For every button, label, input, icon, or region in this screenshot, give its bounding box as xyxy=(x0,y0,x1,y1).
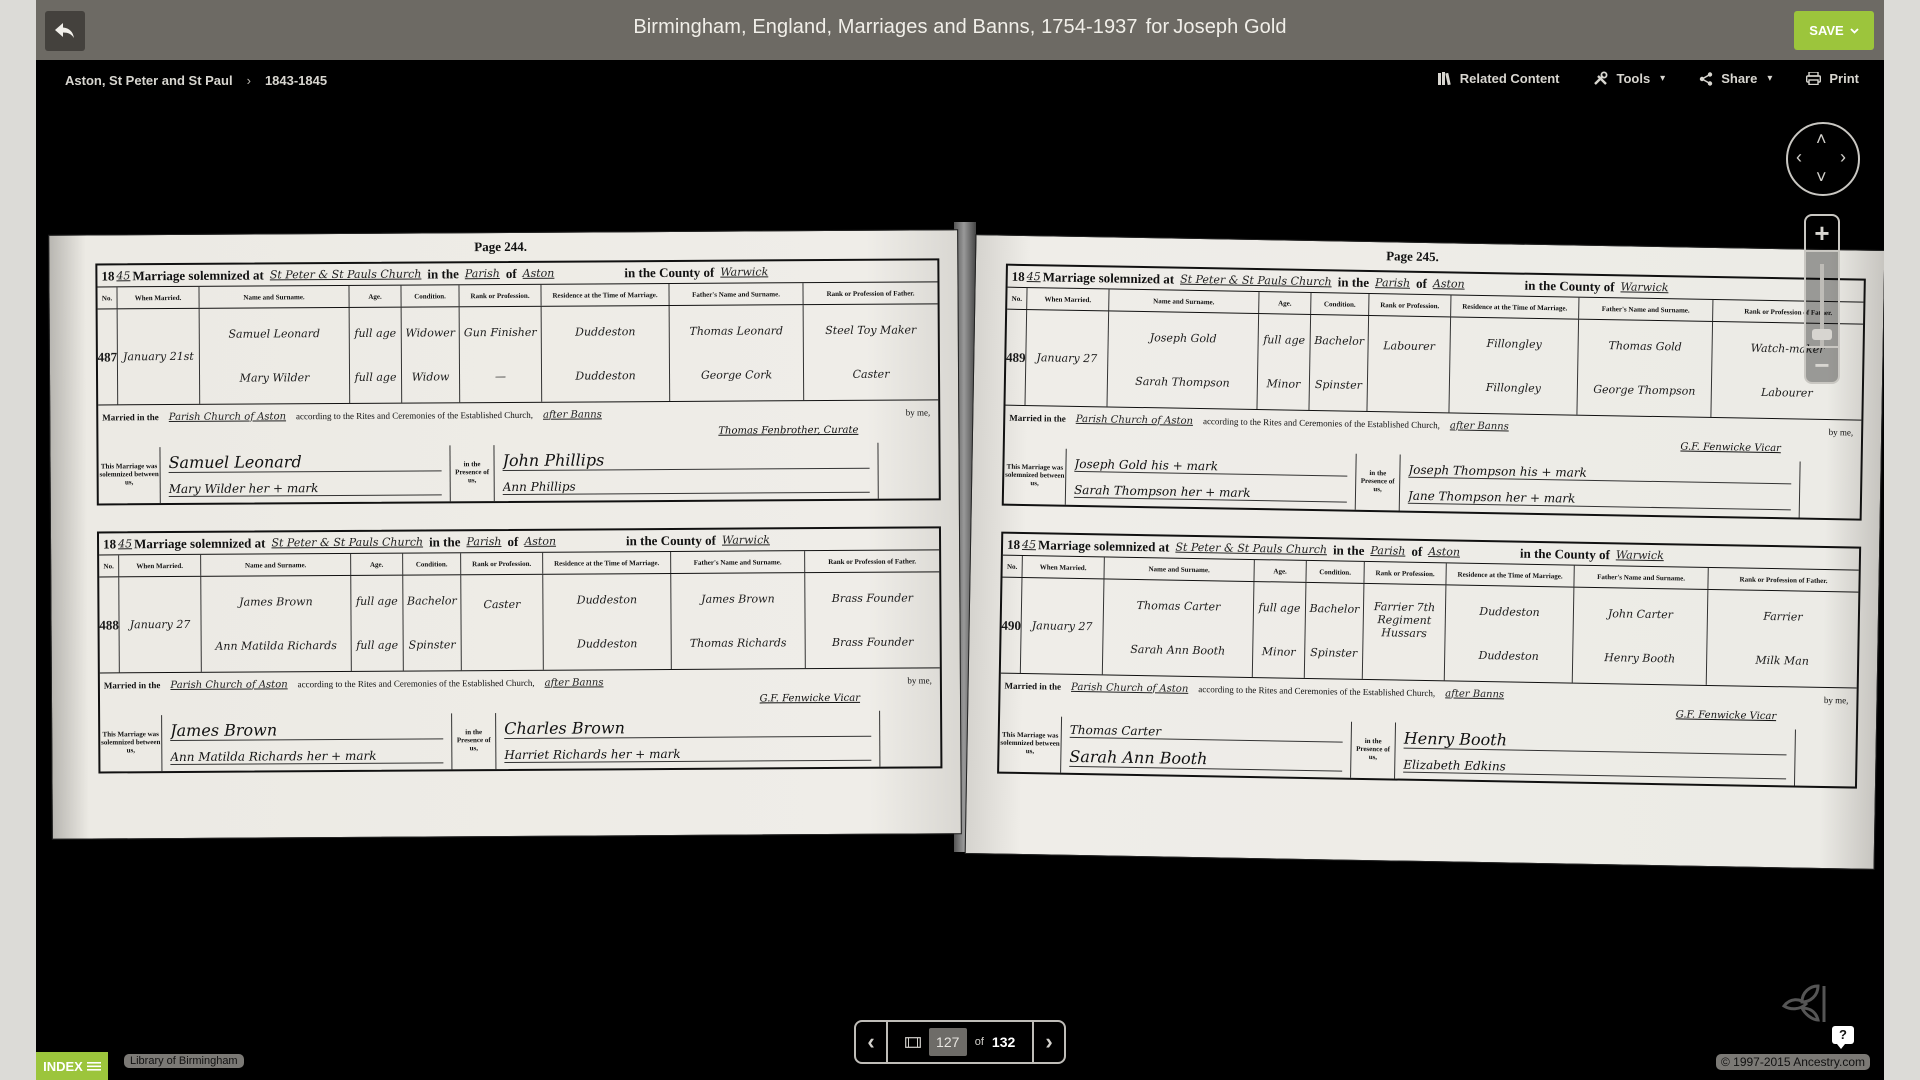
names: Samuel LeonardMary Wilder xyxy=(200,308,351,404)
year-prefix: 18 xyxy=(103,536,116,552)
margin-note xyxy=(880,710,940,766)
col-father-rank: Rank or Profession of Father. xyxy=(805,550,939,572)
party-signatures: Joseph Gold his + markSarah Thompson her… xyxy=(1066,449,1357,510)
solemnized-between-label: This Marriage was solemnized between us, xyxy=(100,715,162,771)
groom-rank: Farrier 7th Regiment Hussars xyxy=(1365,600,1443,640)
print-button[interactable]: Print xyxy=(1806,71,1859,86)
bride-father: George Cork xyxy=(701,368,772,381)
solemnized-label: Marriage solemnized at xyxy=(1043,269,1175,287)
ranks: Gun Finisher— xyxy=(460,307,543,402)
in-the-label: in the xyxy=(429,534,461,550)
according-text: according to the Rites and Ceremonies of… xyxy=(1198,684,1435,698)
groom-father-rank: Brass Founder xyxy=(832,592,913,605)
bride-father-rank: Brass Founder xyxy=(832,635,913,648)
county-label: in the County of xyxy=(1525,277,1615,295)
pan-left-icon[interactable]: ‹ xyxy=(1796,148,1802,166)
groom-residence: Duddeston xyxy=(575,325,635,338)
groom-condition: Bachelor xyxy=(407,595,457,608)
marriage-entry-490: 1845 Marriage solemnized at St Peter & S… xyxy=(997,532,1861,789)
breadcrumb-item-years[interactable]: 1843-1845 xyxy=(265,73,327,88)
married-in: Parish Church of Aston xyxy=(170,679,287,691)
save-label: SAVE xyxy=(1809,23,1843,38)
church-name: St Peter & St Pauls Church xyxy=(1180,273,1332,289)
sub-toolbar: Aston, St Peter and St Paul › 1843-1845 … xyxy=(36,60,1884,100)
groom-signature: Thomas Carter xyxy=(1070,723,1343,743)
tools-icon xyxy=(1593,71,1608,86)
conditions: BachelorSpinster xyxy=(403,575,462,670)
share-label: Share xyxy=(1721,71,1757,86)
col-no: No. xyxy=(97,287,117,308)
share-menu-button[interactable]: Share ▾ xyxy=(1699,71,1772,86)
witness-1: Henry Booth xyxy=(1404,729,1787,756)
bride-rank: — xyxy=(495,370,506,383)
signatures: This Marriage was solemnized between us,… xyxy=(98,442,938,503)
col-residence: Residence at the Time of Marriage. xyxy=(543,552,671,574)
col-no: No. xyxy=(1007,288,1027,309)
bride-father: Thomas Richards xyxy=(690,636,787,650)
witness-2: Jane Thompson her + mark xyxy=(1408,488,1791,510)
witness-2: Elizabeth Edkins xyxy=(1403,757,1786,779)
witness-1: Joseph Thompson his + mark xyxy=(1408,462,1791,484)
fathers: James BrownThomas Richards xyxy=(671,573,806,669)
when-married: January 27 xyxy=(1021,578,1105,674)
col-when: When Married. xyxy=(1027,288,1109,310)
person-name: Joseph Gold xyxy=(1173,16,1286,38)
bride-name: Sarah Ann Booth xyxy=(1130,643,1225,658)
party-signatures: Thomas CarterSarah Ann Booth xyxy=(1061,717,1352,778)
when-married: January 27 xyxy=(119,577,202,672)
margin-note xyxy=(1800,462,1861,519)
record-scan-image[interactable]: Page 244. 1845 Marriage solemnized at St… xyxy=(50,212,1884,872)
by-me: by me, xyxy=(907,675,940,685)
bride-signature: Sarah Thompson her + mark xyxy=(1074,482,1347,502)
hamburger-icon xyxy=(87,1061,101,1071)
year-suffix: 45 xyxy=(118,537,132,550)
presence-label: in the Presence of us, xyxy=(1351,722,1396,779)
col-no: No. xyxy=(1003,556,1023,577)
according-text: according to the Rites and Ceremonies of… xyxy=(298,678,535,689)
col-father-rank: Rank or Profession of Father. xyxy=(803,282,937,304)
entry-number: 488 xyxy=(99,577,120,672)
parish-name: Aston xyxy=(1428,545,1460,559)
parish-name: Aston xyxy=(523,267,555,280)
col-age: Age. xyxy=(351,554,403,575)
col-residence: Residence at the Time of Marriage. xyxy=(541,284,669,306)
of-label: of xyxy=(1416,275,1427,291)
year-prefix: 18 xyxy=(101,268,114,284)
year-suffix: 45 xyxy=(116,269,130,282)
groom-condition: Bachelor xyxy=(1309,602,1359,616)
solemnized-label: Marriage solemnized at xyxy=(1038,537,1170,555)
entry-row: 487 January 21st Samuel LeonardMary Wild… xyxy=(98,304,939,405)
col-no: No. xyxy=(99,555,119,576)
groom-name: Samuel Leonard xyxy=(228,327,320,341)
parish-type: Parish xyxy=(1375,276,1410,290)
groom-rank: Caster xyxy=(483,597,520,610)
married-in: Parish Church of Aston xyxy=(1076,413,1193,426)
entry-row: 488 January 27 James BrownAnn Matilda Ri… xyxy=(99,572,940,673)
year-suffix: 45 xyxy=(1022,538,1036,551)
col-father-rank: Rank or Profession of Father. xyxy=(1708,568,1858,592)
related-content-label: Related Content xyxy=(1460,71,1560,86)
margin-note xyxy=(1795,730,1856,787)
solemnized-label: Marriage solemnized at xyxy=(134,535,266,552)
col-name: Name and Surname. xyxy=(1104,557,1254,581)
marriage-manner: after Banns xyxy=(545,677,604,688)
presence-label: in the Presence of us, xyxy=(452,713,496,769)
groom-residence: Fillongley xyxy=(1486,337,1541,351)
groom-signature: Joseph Gold his + mark xyxy=(1074,456,1347,476)
col-rank: Rank or Profession. xyxy=(1369,294,1451,316)
ages: full agefull age xyxy=(351,576,404,671)
witness-signatures: Henry BoothElizabeth Edkins xyxy=(1395,723,1796,786)
presence-label: in the Presence of us, xyxy=(450,445,494,501)
col-father: Father's Name and Surname. xyxy=(1579,298,1713,321)
church-name: St Peter & St Pauls Church xyxy=(271,536,423,550)
groom-signature: James Brown xyxy=(170,720,443,742)
county-name: Warwick xyxy=(1620,280,1668,294)
copyright-label: © 1997-2015 Ancestry.com xyxy=(1716,1054,1870,1070)
ages: full ageMinor xyxy=(1253,582,1307,678)
pan-up-icon[interactable]: ˄ xyxy=(1816,130,1827,148)
ancestry-leaf-logo xyxy=(1780,984,1830,1024)
ranks: Caster xyxy=(461,575,544,670)
church-name: St Peter & St Pauls Church xyxy=(270,268,422,282)
ages: full agefull age xyxy=(350,308,403,403)
residences: DuddestonDuddeston xyxy=(543,574,672,670)
groom-condition: Widower xyxy=(405,327,455,340)
help-button[interactable]: ? xyxy=(1832,1026,1854,1044)
next-image-button[interactable]: › xyxy=(1032,1022,1064,1062)
of-label: of xyxy=(506,265,517,281)
marriage-entry-489: 1845 Marriage solemnized at St Peter & S… xyxy=(1002,264,1866,521)
related-content-button[interactable]: Related Content xyxy=(1438,71,1560,86)
year-prefix: 18 xyxy=(1012,268,1025,284)
signatures: This Marriage was solemnized between us,… xyxy=(100,710,940,771)
marriage-manner: after Banns xyxy=(1450,420,1509,432)
pan-down-icon[interactable]: ˅ xyxy=(1816,168,1827,186)
residences: DuddestonDuddeston xyxy=(1445,585,1575,682)
county-name: Warwick xyxy=(720,265,768,278)
groom-age: full age xyxy=(354,327,396,340)
bride-age: full age xyxy=(356,638,398,651)
fathers: Thomas GoldGeorge Thompson xyxy=(1577,320,1713,417)
entry-number: 489 xyxy=(1006,310,1028,405)
chevron-down-icon xyxy=(1850,28,1859,34)
page-title: Birmingham, England, Marriages and Banns… xyxy=(36,16,1884,39)
col-when: When Married. xyxy=(117,287,199,309)
zoom-control: + − xyxy=(1804,214,1840,384)
parish-name: Aston xyxy=(1433,277,1465,291)
left-register-page: Page 244. 1845 Marriage solemnized at St… xyxy=(48,229,962,840)
breadcrumb: Aston, St Peter and St Paul › 1843-1845 xyxy=(65,73,327,88)
header-bar: Birmingham, England, Marriages and Banns… xyxy=(36,0,1884,60)
tools-menu-button[interactable]: Tools ▾ xyxy=(1593,71,1665,86)
solemnized-between-label: This Marriage was solemnized between us, xyxy=(999,716,1062,773)
entry-row: 489 January 27 Joseph GoldSarah Thompson… xyxy=(1005,310,1863,421)
col-father: Father's Name and Surname. xyxy=(669,283,803,305)
marriage-manner: after Banns xyxy=(543,409,602,420)
groom-name: James Brown xyxy=(239,595,313,608)
conditions: BachelorSpinster xyxy=(1305,583,1365,679)
names: Joseph GoldSarah Thompson xyxy=(1107,311,1259,409)
witness-signatures: Charles BrownHarriet Richards her + mark xyxy=(496,711,880,769)
according-text: according to the Rites and Ceremonies of… xyxy=(1203,416,1440,430)
col-when: When Married. xyxy=(119,555,201,577)
col-age: Age. xyxy=(1259,292,1311,314)
right-margin xyxy=(1884,0,1920,1080)
solemnized-between-label: This Marriage was solemnized between us, xyxy=(1004,448,1067,505)
left-margin xyxy=(0,0,36,1080)
col-residence: Residence at the Time of Marriage. xyxy=(1451,295,1579,318)
share-icon xyxy=(1699,72,1713,86)
chevron-down-icon: ▾ xyxy=(1767,73,1772,84)
image-pager: ‹ of 132 › xyxy=(854,1020,1066,1064)
witness-1: John Phillips xyxy=(502,449,869,471)
father-ranks: Steel Toy MakerCaster xyxy=(804,304,939,400)
county-label: in the County of xyxy=(626,532,716,549)
by-me: by me, xyxy=(1824,695,1857,706)
bride-age: full age xyxy=(355,370,397,383)
county-label: in the County of xyxy=(624,264,714,281)
breadcrumb-separator: › xyxy=(247,73,251,88)
col-father-rank: Rank or Profession of Father. xyxy=(1713,300,1863,324)
married-in: Parish Church of Aston xyxy=(1071,681,1188,694)
filmstrip-icon[interactable] xyxy=(905,1037,921,1048)
bride-signature: Sarah Ann Booth xyxy=(1069,747,1342,772)
groom-signature: Samuel Leonard xyxy=(168,452,441,474)
year-suffix: 45 xyxy=(1027,270,1041,283)
tools-label: Tools xyxy=(1616,71,1650,86)
col-condition: Condition. xyxy=(403,553,461,574)
in-the-label: in the xyxy=(427,266,459,282)
married-in: Parish Church of Aston xyxy=(169,411,286,423)
bride-father-rank: Caster xyxy=(853,367,890,380)
names: James BrownAnn Matilda Richards xyxy=(201,576,352,672)
solemnized-between-label: This Marriage was solemnized between us, xyxy=(98,447,160,503)
bride-name: Mary Wilder xyxy=(240,371,310,384)
county-name: Warwick xyxy=(1616,548,1664,562)
party-signatures: Samuel LeonardMary Wilder her + mark xyxy=(160,445,450,503)
church-name: St Peter & St Pauls Church xyxy=(1175,541,1327,557)
index-button[interactable]: INDEX xyxy=(36,1052,108,1080)
witness-2: Ann Phillips xyxy=(503,478,870,495)
groom-father: Thomas Leonard xyxy=(689,325,783,339)
printer-icon xyxy=(1806,72,1821,85)
bride-father-rank: Labourer xyxy=(1761,386,1813,400)
bride-age: Minor xyxy=(1262,645,1296,659)
when-married: January 21st xyxy=(118,309,201,404)
source-label: Library of Birmingham xyxy=(124,1054,244,1068)
bride-father: George Thompson xyxy=(1593,383,1695,398)
residences: FillongleyFillongley xyxy=(1449,317,1579,414)
entry-number: 490 xyxy=(1001,578,1023,673)
bride-signature: Ann Matilda Richards her + mark xyxy=(170,748,443,765)
image-viewer-app: Birmingham, England, Marriages and Banns… xyxy=(36,0,1884,1080)
page-number: Page 244. xyxy=(474,239,527,255)
index-label: INDEX xyxy=(43,1059,83,1074)
groom-father: John Carter xyxy=(1608,607,1673,621)
conditions: BachelorSpinster xyxy=(1309,315,1369,411)
zoom-in-button[interactable]: + xyxy=(1806,216,1838,252)
chevron-down-icon: ▾ xyxy=(1660,73,1665,84)
father-ranks: Brass FounderBrass Founder xyxy=(805,572,940,668)
margin-note xyxy=(878,442,938,498)
bride-signature: Mary Wilder her + mark xyxy=(169,480,442,497)
in-the-label: in the xyxy=(1338,274,1370,291)
entry-number: 487 xyxy=(98,309,119,404)
county-name: Warwick xyxy=(722,533,770,546)
pan-right-icon[interactable]: › xyxy=(1840,148,1846,166)
conditions: WidowerWidow xyxy=(402,307,461,402)
collection-title: Birmingham, England, Marriages and Banns… xyxy=(633,16,1137,38)
col-condition: Condition. xyxy=(1306,561,1364,583)
by-me: by me, xyxy=(906,407,939,417)
col-father: Father's Name and Surname. xyxy=(1574,566,1708,589)
bride-age: Minor xyxy=(1266,377,1300,391)
groom-rank: Labourer xyxy=(1383,339,1435,353)
parish-name: Aston xyxy=(524,535,556,548)
fathers: Thomas LeonardGeorge Cork xyxy=(670,305,805,401)
solemnized-label: Marriage solemnized at xyxy=(132,267,264,284)
groom-name: Thomas Carter xyxy=(1137,599,1221,613)
marriage-manner: after Banns xyxy=(1445,688,1504,700)
fathers: John CarterHenry Booth xyxy=(1573,588,1709,685)
groom-name: Joseph Gold xyxy=(1150,331,1217,345)
bride-residence: Duddeston xyxy=(1478,649,1538,663)
toolbar: Related Content Tools ▾ Share ▾ Print xyxy=(1438,71,1859,86)
bride-father: Henry Booth xyxy=(1604,651,1675,665)
col-rank: Rank or Profession. xyxy=(461,553,543,575)
col-condition: Condition. xyxy=(1311,293,1369,315)
bride-condition: Widow xyxy=(412,370,450,383)
groom-father-rank: Steel Toy Maker xyxy=(825,324,916,338)
by-me: by me, xyxy=(1829,427,1862,438)
col-when: When Married. xyxy=(1023,556,1105,578)
parish-type: Parish xyxy=(1370,544,1405,558)
in-the-label: in the xyxy=(1333,542,1365,559)
col-age: Age. xyxy=(349,286,401,307)
groom-father: James Brown xyxy=(701,593,775,606)
witness-1: Charles Brown xyxy=(504,717,871,739)
document-viewer[interactable]: Page 244. 1845 Marriage solemnized at St… xyxy=(36,100,1884,1080)
of-label: of xyxy=(507,533,518,549)
bride-condition: Spinster xyxy=(1310,646,1357,660)
save-button[interactable]: SAVE xyxy=(1794,11,1874,50)
col-residence: Residence at the Time of Marriage. xyxy=(1446,563,1574,586)
bride-condition: Spinster xyxy=(409,638,456,651)
col-name: Name and Surname. xyxy=(199,286,349,308)
of-label: of xyxy=(1411,543,1422,559)
bride-residence: Duddeston xyxy=(575,369,635,382)
according-text: according to the Rites and Ceremonies of… xyxy=(296,410,533,421)
of-label: of xyxy=(975,1036,984,1048)
pager-center: of 132 xyxy=(888,1028,1032,1056)
groom-age: full age xyxy=(356,595,398,608)
year-prefix: 18 xyxy=(1007,536,1020,552)
bride-condition: Spinster xyxy=(1315,378,1362,392)
previous-image-button[interactable]: ‹ xyxy=(856,1022,888,1062)
ages: full ageMinor xyxy=(1257,314,1311,410)
col-name: Name and Surname. xyxy=(1109,289,1259,313)
groom-father: Thomas Gold xyxy=(1608,339,1681,353)
page-number-input[interactable] xyxy=(929,1028,967,1056)
col-rank: Rank or Profession. xyxy=(459,285,541,307)
party-signatures: James BrownAnn Matilda Richards her + ma… xyxy=(162,713,452,771)
bride-residence: Fillongley xyxy=(1486,381,1541,395)
groom-rank: Gun Finisher xyxy=(464,326,537,339)
books-icon xyxy=(1438,72,1452,85)
bride-residence: Duddeston xyxy=(577,637,637,650)
residences: DuddestonDuddeston xyxy=(542,306,671,402)
presence-label: in the Presence of us, xyxy=(1356,454,1401,511)
page-number: Page 245. xyxy=(1386,248,1439,265)
total-pages: 132 xyxy=(992,1034,1015,1050)
groom-residence: Duddeston xyxy=(1479,605,1539,619)
title-for: for xyxy=(1146,16,1170,38)
ranks: Labourer xyxy=(1367,316,1451,412)
zoom-slider-thumb[interactable] xyxy=(1812,329,1832,340)
names: Thomas CarterSarah Ann Booth xyxy=(1103,579,1255,677)
groom-age: full age xyxy=(1258,601,1300,615)
pan-control[interactable]: ˄ ˅ ‹ › xyxy=(1786,122,1860,196)
marriage-entry-488: 1845 Marriage solemnized at St Peter & S… xyxy=(97,526,942,773)
when-married: January 27 xyxy=(1026,310,1110,406)
marriage-entry-487: 1845 Marriage solemnized at St Peter & S… xyxy=(95,258,940,505)
bride-father-rank: Milk Man xyxy=(1755,654,1809,668)
groom-residence: Duddeston xyxy=(577,593,637,606)
witness-signatures: Joseph Thompson his + markJane Thompson … xyxy=(1400,455,1801,518)
witness-2: Harriet Richards her + mark xyxy=(504,746,871,763)
parish-type: Parish xyxy=(466,535,501,548)
bride-name: Ann Matilda Richards xyxy=(215,639,337,653)
col-father: Father's Name and Surname. xyxy=(671,551,805,573)
print-label: Print xyxy=(1829,71,1859,86)
col-rank: Rank or Profession. xyxy=(1364,562,1446,584)
ranks: Farrier 7th Regiment Hussars xyxy=(1363,584,1447,680)
witness-signatures: John PhillipsAnn Phillips xyxy=(494,443,878,501)
entry-row: 490 January 27 Thomas CarterSarah Ann Bo… xyxy=(1001,578,1859,689)
groom-father-rank: Farrier xyxy=(1763,610,1802,624)
col-condition: Condition. xyxy=(401,285,459,306)
breadcrumb-item-location[interactable]: Aston, St Peter and St Paul xyxy=(65,73,233,88)
right-register-page: Page 245. 1845 Marriage solemnized at St… xyxy=(965,234,1884,870)
parish-type: Parish xyxy=(465,267,500,280)
bride-name: Sarah Thompson xyxy=(1135,375,1230,390)
groom-age: full age xyxy=(1263,333,1305,347)
col-name: Name and Surname. xyxy=(201,554,351,576)
groom-condition: Bachelor xyxy=(1314,334,1364,348)
col-age: Age. xyxy=(1254,560,1306,582)
zoom-out-button[interactable]: − xyxy=(1806,346,1838,382)
father-ranks: FarrierMilk Man xyxy=(1707,590,1859,688)
county-label: in the County of xyxy=(1520,545,1610,563)
father-ranks: Watch-makerLabourer xyxy=(1711,322,1863,420)
